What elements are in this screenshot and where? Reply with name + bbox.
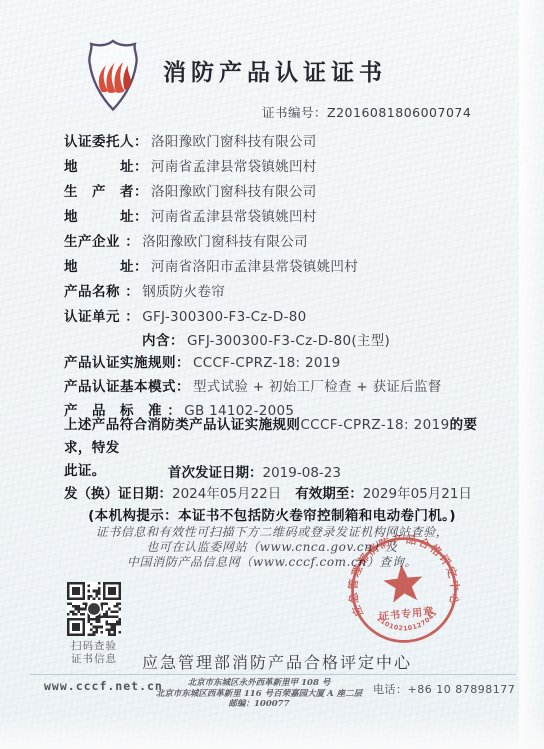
valid-until-value: 2029年05月21日 [363, 486, 472, 502]
scan-edge [0, 714, 544, 749]
field-value: GFJ-300300-F3-Cz-D-80 [142, 309, 306, 325]
qr-caption-line-2: 证书信息 [64, 653, 124, 666]
qr-caption: 扫码查验 证书信息 [64, 640, 124, 665]
qr-code [67, 582, 121, 636]
field-manufacturer-address: 地 址：河南省洛阳市孟津县常袋镇姚凹村 [64, 255, 514, 280]
shield-flame-logo-icon [74, 37, 152, 115]
statement-line-1: 上述产品符合消防类产品认证实施规则CCCF-CPRZ-18: 2019的要求，特… [64, 414, 504, 460]
statement-rule-code: CCCF-CPRZ-18: 2019 [300, 417, 449, 433]
field-product-name: 产品名称 ：钢质防火卷帘 [64, 280, 514, 305]
field-producer-address: 地 址：河南省孟津县常袋镇姚凹村 [64, 205, 514, 230]
certificate-number-label: 证书编号： [262, 105, 327, 120]
field-producer: 生 产 者：洛阳豫欧门窗科技有限公司 [64, 180, 514, 205]
field-certification-unit: 认证单元 ：GFJ-300300-F3-Cz-D-80 [64, 305, 514, 329]
qr-block: 扫码查验 证书信息 [64, 582, 124, 665]
certificate-fields: 认证委托人：洛阳豫欧门窗科技有限公司 地 址：河南省孟津县常袋镇姚凹村 生 产 … [64, 130, 514, 423]
page-title: 消防产品认证证书 [163, 54, 387, 87]
first-issue-date-value: 2019-08-23 [263, 465, 341, 481]
footer-address: 北京市东城区永外西革新里甲 108 号 北京市东城区西革新里 116 号百荣嘉园… [145, 678, 373, 710]
field-value: 洛阳豫欧门窗科技有限公司 [142, 230, 308, 250]
field-value: 洛阳豫欧门窗科技有限公司 [151, 130, 317, 150]
footer-divider [30, 674, 516, 675]
first-issue-date-label: 首次发证日期： [168, 465, 263, 481]
field-label: 认证单元 ： [64, 305, 139, 325]
shield-outline [89, 41, 136, 110]
field-applicant: 认证委托人：洛阳豫欧门窗科技有限公司 [64, 130, 514, 155]
qr-caption-line-1: 扫码查验 [64, 640, 124, 653]
field-value: GFJ-300300-F3-Cz-D-80(主型) [187, 329, 390, 349]
field-value: 河南省孟津县常袋镇姚凹村 [151, 155, 317, 175]
reissue-date-value: 2024年05月22日 [172, 486, 281, 502]
reissue-date-label: 发（换）证日期： [64, 486, 172, 502]
valid-until-label: 有效期至： [295, 486, 363, 502]
field-label: 地 址： [64, 155, 148, 175]
field-label: 生 产 者： [64, 180, 148, 200]
field-label: 地 址： [64, 205, 148, 225]
footer-postcode: 邮编：100077 [145, 699, 373, 710]
field-label: 认证委托人： [64, 130, 148, 150]
field-label: 产品认证基本模式： [64, 375, 190, 395]
certificate-seal: 应急管理部消防产品合格评定中心 证书专用章 11010210127041 [338, 524, 470, 656]
field-included-models: 内含：GFJ-300300-F3-Cz-D-80(主型) [64, 329, 514, 351]
footer-phone: 电话：+86 10 87898177 [373, 681, 515, 697]
field-value: 钢质防火卷帘 [142, 280, 225, 300]
reissue-date-row: 发（换）证日期：2024年05月22日有效期至：2029年05月21日 [64, 482, 472, 502]
field-applicant-address: 地 址：河南省孟津县常袋镇姚凹村 [64, 155, 514, 180]
field-label: 产品认证实施规则： [64, 351, 190, 371]
statement-text: 上述产品符合消防类产品认证实施规则 [64, 417, 300, 433]
first-issue-date: 首次发证日期：2019-08-23 [168, 461, 341, 481]
field-certification-mode: 产品认证基本模式：型式试验 + 初始工厂检查 + 获证后监督 [64, 375, 514, 399]
scan-edge [519, 0, 544, 749]
field-label: 生产企业 ： [64, 230, 139, 250]
field-manufacturer: 生产企业 ：洛阳豫欧门窗科技有限公司 [64, 230, 514, 255]
footer-address-line-1: 北京市东城区永外西革新里甲 108 号 [145, 678, 373, 689]
verification-note-line-3: 中国消防产品信息网（www.cccf.com.cn）查询。 [0, 553, 544, 570]
field-value: 型式试验 + 初始工厂检查 + 获证后监督 [193, 375, 442, 395]
star-icon [382, 562, 425, 603]
field-value: 河南省洛阳市孟津县常袋镇姚凹村 [151, 255, 358, 275]
field-value: 洛阳豫欧门窗科技有限公司 [151, 180, 317, 200]
field-label: 地 址： [64, 255, 148, 275]
agency-notice: (本机构提示：本证书不包括防火卷帘控制箱和电动卷门机。) [0, 504, 544, 524]
footer-address-line-2: 北京市东城区西革新里 116 号百荣嘉园大厦 A 座二层 [145, 689, 373, 700]
field-value: CCCF-CPRZ-18: 2019 [193, 355, 341, 371]
certificate-number: 证书编号：Z2016081806007074 [262, 103, 471, 121]
field-label: 产品名称 ： [64, 280, 139, 300]
field-value: 河南省孟津县常袋镇姚凹村 [151, 205, 317, 225]
field-certification-rule: 产品认证实施规则：CCCF-CPRZ-18: 2019 [64, 351, 514, 375]
certificate-number-value: Z2016081806007074 [327, 105, 471, 120]
field-label: 内含： [142, 329, 184, 349]
